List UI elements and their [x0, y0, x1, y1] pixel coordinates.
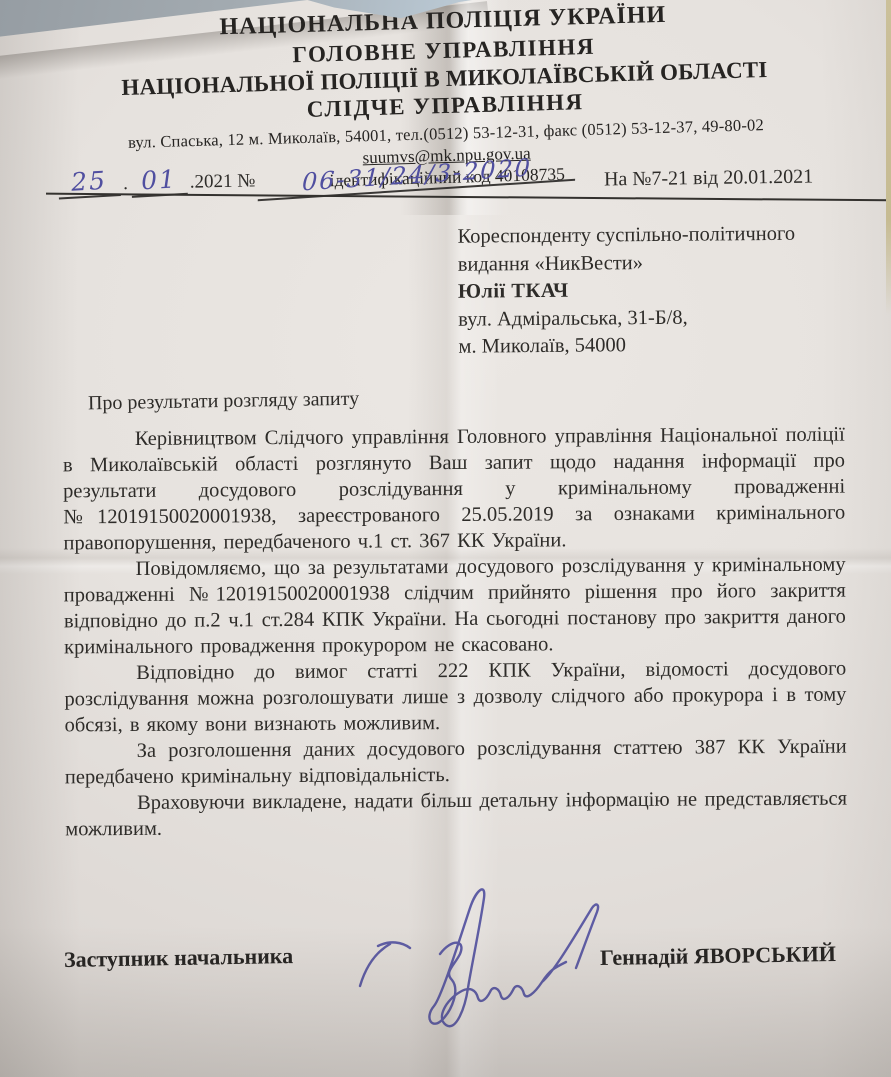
letter-body: Керівництвом Слідчого управління Головно… — [63, 422, 848, 843]
body-paragraph: За розголошення даних досудового розслід… — [65, 734, 847, 791]
body-paragraph: Керівництвом Слідчого управління Головно… — [63, 422, 846, 557]
body-paragraph: Враховуючи викладене, надати більш детал… — [65, 786, 847, 843]
photo-background: НАЦІОНАЛЬНА ПОЛІЦІЯ УКРАЇНИ ГОЛОВНЕ УПРА… — [0, 0, 891, 1077]
date-separator: . — [123, 173, 128, 195]
incoming-reference: На №7-21 від 20.01.2021 — [604, 166, 814, 192]
signature-ink — [338, 868, 623, 1040]
body-paragraph: Відповідно до вимог статті 222 КПК Украї… — [64, 656, 846, 739]
recipient-line-1: Кореспонденту суспільно-політичного — [457, 220, 847, 251]
recipient-address-2: м. Миколаїв, 54000 — [458, 330, 848, 361]
signer-position: Заступник начальника — [64, 943, 294, 973]
body-paragraph: Повідомляємо, що за результатами досудов… — [64, 552, 847, 661]
recipient-block: Кореспонденту суспільно-політичного вида… — [457, 220, 848, 361]
signer-name: Геннадій ЯВОРСЬКИЙ — [600, 941, 836, 971]
subject-line: Про результати розгляду запиту — [88, 388, 360, 416]
printed-year-and-number-sign: .2021 № — [190, 170, 256, 193]
recipient-address-1: вул. Адміральська, 31-Б/8, — [458, 303, 848, 334]
photo-edge-strip — [886, 0, 891, 315]
recipient-line-2: видання «НикВести» — [458, 248, 848, 279]
recipient-name: Юлії ТКАЧ — [458, 275, 848, 306]
document-paper: НАЦІОНАЛЬНА ПОЛІЦІЯ УКРАЇНИ ГОЛОВНЕ УПРА… — [0, 0, 891, 1077]
